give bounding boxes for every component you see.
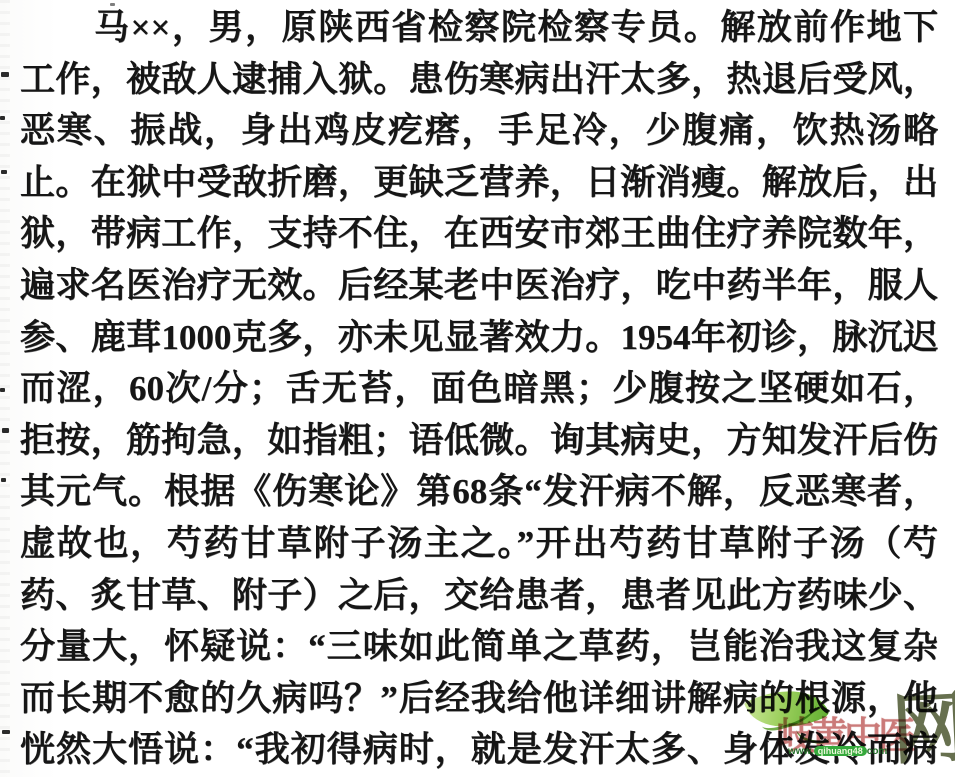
text-line-7: 参、鹿茸1000克多，亦未见显著效力。1954年初诊，脉沉迟 xyxy=(20,312,938,364)
text-line-2: 工作，被敌人逮捕入狱。患伤寒病出汗太多，热退后受风， xyxy=(20,54,938,106)
text-line-3: 恶寒、振战，身出鸡皮疙瘩，手足冷，少腹痛，饮热汤略 xyxy=(20,105,938,157)
scan-artifact xyxy=(1,478,6,482)
scan-artifact xyxy=(2,428,9,433)
text-line-14: 而长期不愈的久病吗？”后经我给他详细讲解病的根源，他 xyxy=(20,673,938,725)
scan-artifact xyxy=(1,72,9,77)
text-line-8: 而涩，60次/分；舌无苔，面色暗黑；少腹按之坚硬如石， xyxy=(20,363,938,415)
scan-artifact xyxy=(0,388,5,392)
scan-artifact xyxy=(1,170,7,174)
text-line-12: 药、炙甘草、附子）之后，交给患者，患者见此方药味少、 xyxy=(20,570,938,622)
text-line-10: 其元气。根据《伤寒论》第68条“发汗病不解，反恶寒者， xyxy=(20,466,938,518)
scan-artifact xyxy=(0,116,5,120)
text-line-9: 拒按，筋拘急，如指粗；语低微。询其病史，方知发汗后伤 xyxy=(20,415,938,467)
scan-artifact xyxy=(2,730,10,734)
text-line-6: 遍求名医治疗无效。后经某老中医治疗，吃中药半年，服人 xyxy=(20,260,938,312)
text-line-4: 止。在狱中受敌折磨，更缺乏营养，日渐消瘦。解放后，出 xyxy=(20,157,938,209)
text-line-5: 狱，带病工作，支持不住，在西安市郊王曲住疗养院数年， xyxy=(20,208,938,260)
scan-artifact xyxy=(110,3,115,6)
text-line-13: 分量大，怀疑说：“三味如此简单之草药，岂能治我这复杂 xyxy=(20,621,938,673)
scanned-document-page: 马××，男，原陕西省检察院检察专员。解放前作地下 工作，被敌人逮捕入狱。患伤寒病… xyxy=(0,0,955,777)
text-block: 马××，男，原陕西省检察院检察专员。解放前作地下 工作，被敌人逮捕入狱。患伤寒病… xyxy=(20,2,938,776)
text-line-15: 恍然大悟说：“我初得病时，就是发汗太多、身体发冷而病 xyxy=(20,724,938,776)
text-line-11: 虚故也，芍药甘草附子汤主之。”开出芍药甘草附子汤（芍 xyxy=(20,518,938,570)
text-line-1: 马××，男，原陕西省检察院检察专员。解放前作地下 xyxy=(20,2,938,54)
